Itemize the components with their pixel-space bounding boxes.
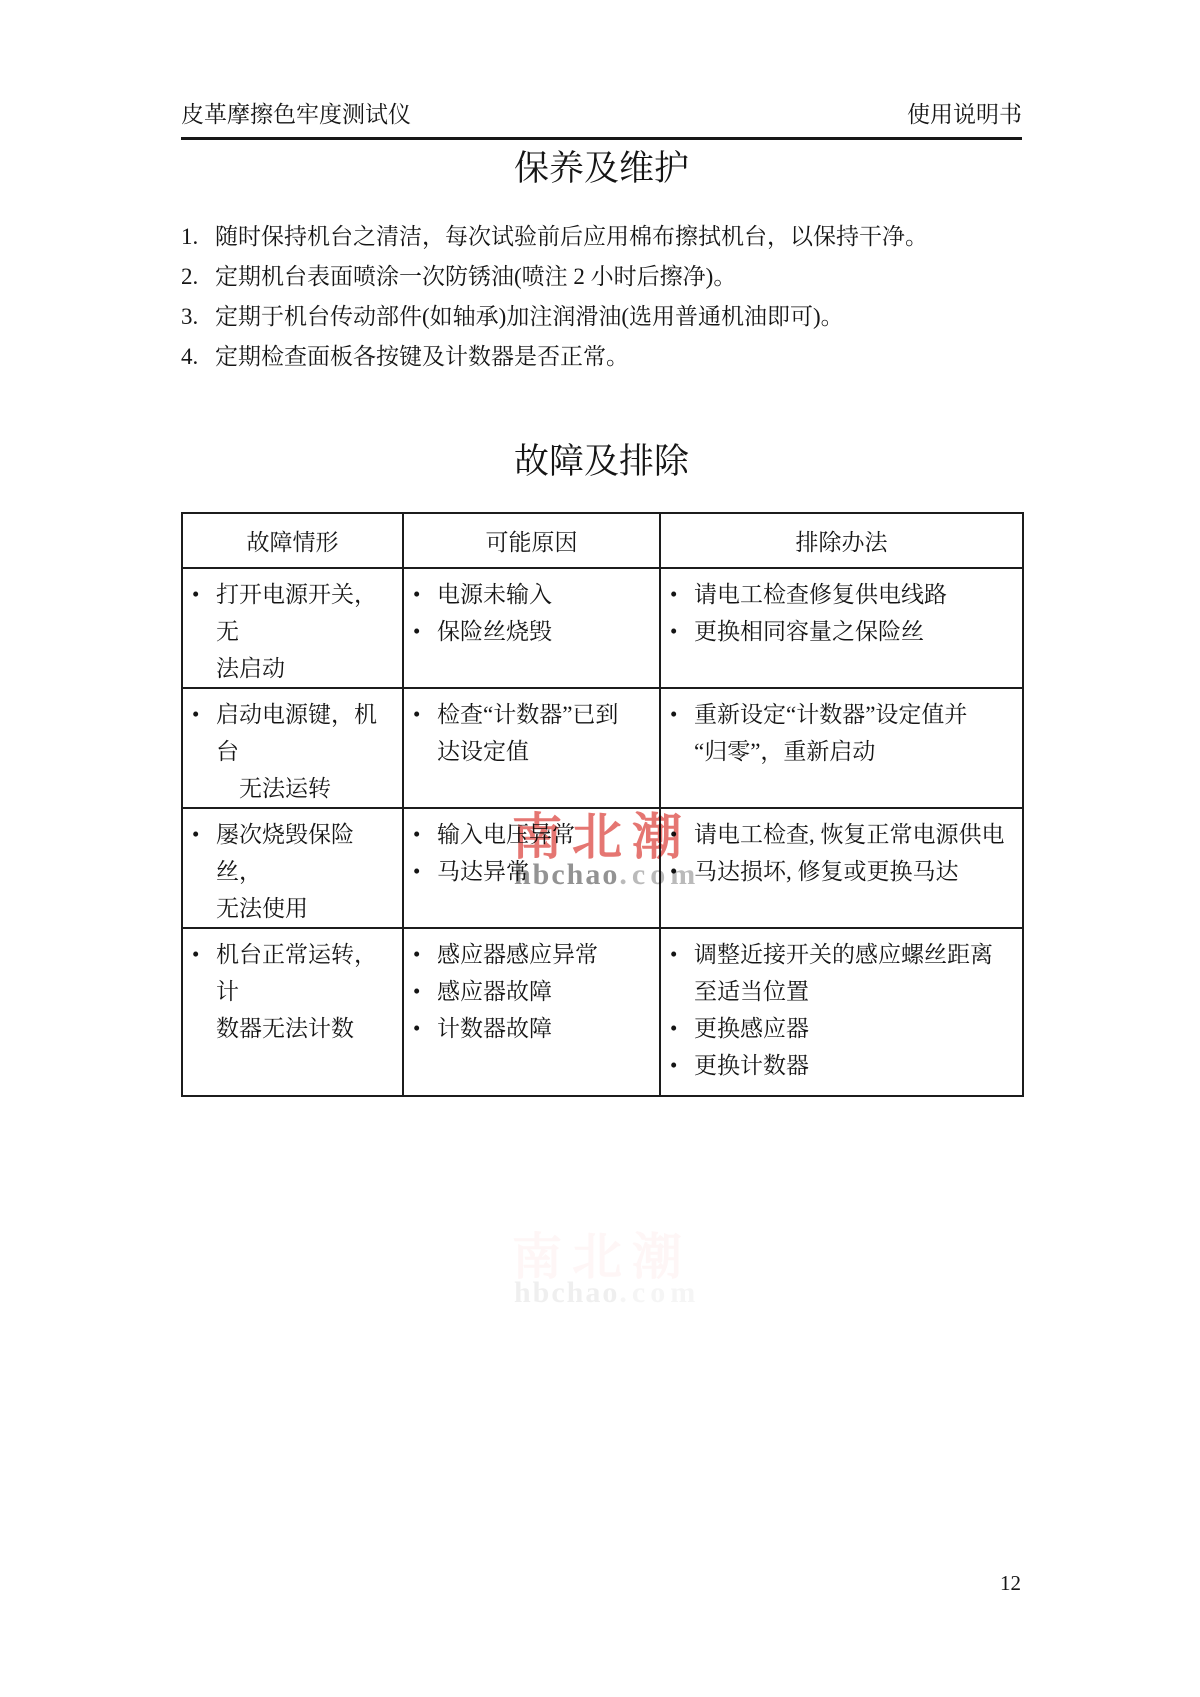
troubleshooting-title: 故障及排除 bbox=[181, 444, 1022, 479]
bullet-text: 输入电压异常 bbox=[437, 816, 654, 853]
bullet-icon: • bbox=[670, 1010, 694, 1047]
bullet-text: 机台正常运转，计数器无法计数 bbox=[216, 936, 397, 1047]
bullet-icon: • bbox=[413, 973, 437, 1010]
bullet-icon: • bbox=[670, 1047, 694, 1084]
symptom-cell: •打开电源开关，无法启动 bbox=[182, 568, 403, 688]
bullet-text: 电源未输入 bbox=[437, 576, 654, 613]
table-row: •启动电源键，机台 无法运转•检查“计数器”已到达设定值•重新设定“计数器”设定… bbox=[182, 688, 1023, 808]
text-line: 保险丝烧毁 bbox=[437, 613, 654, 650]
text-line: 无法运转 bbox=[216, 770, 397, 807]
bullet-item: •机台正常运转，计数器无法计数 bbox=[192, 936, 397, 1047]
column-header: 可能原因 bbox=[403, 513, 660, 568]
bullet-item: •请电工检查, 恢复正常电源供电 bbox=[670, 816, 1017, 853]
bullet-item: •感应器故障 bbox=[413, 973, 654, 1010]
text-line: 更换相同容量之保险丝 bbox=[694, 613, 1017, 650]
cause-cell: •检查“计数器”已到达设定值 bbox=[403, 688, 660, 808]
bullet-item: •保险丝烧毁 bbox=[413, 613, 654, 650]
column-header: 故障情形 bbox=[182, 513, 403, 568]
bullet-text: 调整近接开关的感应螺丝距离至适当位置 bbox=[694, 936, 1017, 1010]
cause-cell: •输入电压异常•马达异常 bbox=[403, 808, 660, 928]
list-number: 3. bbox=[181, 303, 215, 331]
bullet-text: 检查“计数器”已到达设定值 bbox=[437, 696, 654, 770]
bullet-text: 马达损坏, 修复或更换马达 bbox=[694, 853, 1017, 890]
maintenance-item: 3.定期于机台传动部件(如轴承)加注润滑油(选用普通机油即可)。 bbox=[181, 303, 1022, 331]
bullet-text: 更换计数器 bbox=[694, 1047, 1017, 1084]
bullet-icon: • bbox=[670, 816, 694, 853]
bullet-item: •感应器感应异常 bbox=[413, 936, 654, 973]
text-line: 重新设定“计数器”设定值并 bbox=[694, 696, 1017, 733]
bullet-icon: • bbox=[192, 696, 216, 807]
bullet-icon: • bbox=[413, 936, 437, 973]
symptom-cell: •机台正常运转，计数器无法计数 bbox=[182, 928, 403, 1096]
bullet-text: 启动电源键，机台 无法运转 bbox=[216, 696, 397, 807]
bullet-text: 屡次烧毁保险丝，无法使用 bbox=[216, 816, 397, 927]
cause-cell: •感应器感应异常•感应器故障•计数器故障 bbox=[403, 928, 660, 1096]
bullet-icon: • bbox=[670, 936, 694, 1010]
bullet-text: 保险丝烧毁 bbox=[437, 613, 654, 650]
bullet-item: •重新设定“计数器”设定值并“归零”，重新启动 bbox=[670, 696, 1017, 770]
header-product-name: 皮革摩擦色牢度测试仪 bbox=[181, 101, 411, 129]
text-line: “归零”，重新启动 bbox=[694, 733, 1017, 770]
remedy-cell: •请电工检查, 恢复正常电源供电•马达损坏, 修复或更换马达 bbox=[660, 808, 1023, 928]
bullet-icon: • bbox=[192, 816, 216, 927]
bullet-icon: • bbox=[192, 576, 216, 687]
bullet-icon: • bbox=[413, 696, 437, 770]
text-line: 检查“计数器”已到 bbox=[437, 696, 654, 733]
text-line: 更换计数器 bbox=[694, 1047, 1017, 1084]
watermark-domain-faint: hbchao.com bbox=[514, 1278, 700, 1308]
text-line: 马达异常 bbox=[437, 853, 654, 890]
bullet-item: •请电工检查修复供电线路 bbox=[670, 576, 1017, 613]
table-row: •屡次烧毁保险丝，无法使用•输入电压异常•马达异常•请电工检查, 恢复正常电源供… bbox=[182, 808, 1023, 928]
text-line: 启动电源键，机台 bbox=[216, 696, 397, 770]
bullet-item: •检查“计数器”已到达设定值 bbox=[413, 696, 654, 770]
symptom-cell: •屡次烧毁保险丝，无法使用 bbox=[182, 808, 403, 928]
remedy-cell: •调整近接开关的感应螺丝距离至适当位置•更换感应器•更换计数器 bbox=[660, 928, 1023, 1096]
list-text: 定期机台表面喷涂一次防锈油(喷注 2 小时后擦净)。 bbox=[215, 263, 736, 291]
table-row: •打开电源开关，无法启动•电源未输入•保险丝烧毁•请电工检查修复供电线路•更换相… bbox=[182, 568, 1023, 688]
table-row: •机台正常运转，计数器无法计数•感应器感应异常•感应器故障•计数器故障•调整近接… bbox=[182, 928, 1023, 1096]
text-line: 请电工检查, 恢复正常电源供电 bbox=[694, 816, 1017, 853]
bullet-text: 更换相同容量之保险丝 bbox=[694, 613, 1017, 650]
list-text: 定期检查面板各按键及计数器是否正常。 bbox=[215, 343, 629, 371]
bullet-icon: • bbox=[413, 1010, 437, 1047]
bullet-icon: • bbox=[413, 853, 437, 890]
bullet-icon: • bbox=[413, 816, 437, 853]
running-header: 皮革摩擦色牢度测试仪 使用说明书 bbox=[181, 101, 1022, 129]
symptom-cell: •启动电源键，机台 无法运转 bbox=[182, 688, 403, 808]
list-text: 定期于机台传动部件(如轴承)加注润滑油(选用普通机油即可)。 bbox=[215, 303, 844, 331]
text-line: 感应器感应异常 bbox=[437, 936, 654, 973]
bullet-icon: • bbox=[670, 613, 694, 650]
bullet-item: •计数器故障 bbox=[413, 1010, 654, 1047]
header-doc-type: 使用说明书 bbox=[907, 101, 1022, 129]
bullet-icon: • bbox=[670, 576, 694, 613]
text-line: 达设定值 bbox=[437, 733, 654, 770]
text-line: 法启动 bbox=[216, 650, 397, 687]
bullet-icon: • bbox=[670, 696, 694, 770]
bullet-icon: • bbox=[413, 613, 437, 650]
bullet-item: •更换相同容量之保险丝 bbox=[670, 613, 1017, 650]
list-number: 4. bbox=[181, 343, 215, 371]
bullet-item: •打开电源开关，无法启动 bbox=[192, 576, 397, 687]
remedy-cell: •请电工检查修复供电线路•更换相同容量之保险丝 bbox=[660, 568, 1023, 688]
text-line: 无法使用 bbox=[216, 890, 397, 927]
maintenance-list: 1.随时保持机台之清洁，每次试验前后应用棉布擦拭机台，以保持干净。2.定期机台表… bbox=[181, 223, 1022, 371]
watermark-domain-tld-faint: .com bbox=[619, 1276, 700, 1309]
maintenance-item: 2.定期机台表面喷涂一次防锈油(喷注 2 小时后擦净)。 bbox=[181, 263, 1022, 291]
bullet-item: •输入电压异常 bbox=[413, 816, 654, 853]
text-line: 请电工检查修复供电线路 bbox=[694, 576, 1017, 613]
text-line: 输入电压异常 bbox=[437, 816, 654, 853]
bullet-item: •电源未输入 bbox=[413, 576, 654, 613]
page-content: 皮革摩擦色牢度测试仪 使用说明书 保养及维护 1.随时保持机台之清洁，每次试验前… bbox=[181, 0, 1022, 1097]
text-line: 数器无法计数 bbox=[216, 1010, 397, 1047]
bullet-item: •马达损坏, 修复或更换马达 bbox=[670, 853, 1017, 890]
manual-page: 皮革摩擦色牢度测试仪 使用说明书 保养及维护 1.随时保持机台之清洁，每次试验前… bbox=[0, 0, 1200, 1697]
bullet-icon: • bbox=[413, 576, 437, 613]
header-rule bbox=[181, 137, 1022, 140]
bullet-text: 感应器故障 bbox=[437, 973, 654, 1010]
bullet-item: •更换感应器 bbox=[670, 1010, 1017, 1047]
text-line: 机台正常运转，计 bbox=[216, 936, 397, 1010]
maintenance-item: 4.定期检查面板各按键及计数器是否正常。 bbox=[181, 343, 1022, 371]
watermark-domain-name-faint: hbchao bbox=[514, 1276, 619, 1309]
text-line: 感应器故障 bbox=[437, 973, 654, 1010]
text-line: 屡次烧毁保险丝， bbox=[216, 816, 397, 890]
page-number: 12 bbox=[1000, 1571, 1021, 1596]
watermark-brand-faint: 南北潮 bbox=[512, 1232, 692, 1282]
table-header-row: 故障情形可能原因排除办法 bbox=[182, 513, 1023, 568]
maintenance-title: 保养及维护 bbox=[181, 151, 1022, 186]
text-line: 马达损坏, 修复或更换马达 bbox=[694, 853, 1017, 890]
bullet-text: 计数器故障 bbox=[437, 1010, 654, 1047]
cause-cell: •电源未输入•保险丝烧毁 bbox=[403, 568, 660, 688]
text-line: 更换感应器 bbox=[694, 1010, 1017, 1047]
list-number: 1. bbox=[181, 223, 215, 251]
bullet-item: •调整近接开关的感应螺丝距离至适当位置 bbox=[670, 936, 1017, 1010]
troubleshooting-table: 故障情形可能原因排除办法 •打开电源开关，无法启动•电源未输入•保险丝烧毁•请电… bbox=[181, 512, 1024, 1097]
column-header: 排除办法 bbox=[660, 513, 1023, 568]
list-number: 2. bbox=[181, 263, 215, 291]
text-line: 打开电源开关，无 bbox=[216, 576, 397, 650]
bullet-text: 感应器感应异常 bbox=[437, 936, 654, 973]
bullet-icon: • bbox=[192, 936, 216, 1047]
bullet-item: •启动电源键，机台 无法运转 bbox=[192, 696, 397, 807]
bullet-icon: • bbox=[670, 853, 694, 890]
bullet-text: 打开电源开关，无法启动 bbox=[216, 576, 397, 687]
text-line: 至适当位置 bbox=[694, 973, 1017, 1010]
text-line: 计数器故障 bbox=[437, 1010, 654, 1047]
remedy-cell: •重新设定“计数器”设定值并“归零”，重新启动 bbox=[660, 688, 1023, 808]
bullet-item: •马达异常 bbox=[413, 853, 654, 890]
maintenance-item: 1.随时保持机台之清洁，每次试验前后应用棉布擦拭机台，以保持干净。 bbox=[181, 223, 1022, 251]
bullet-text: 重新设定“计数器”设定值并“归零”，重新启动 bbox=[694, 696, 1017, 770]
bullet-item: •更换计数器 bbox=[670, 1047, 1017, 1084]
bullet-text: 请电工检查修复供电线路 bbox=[694, 576, 1017, 613]
bullet-text: 马达异常 bbox=[437, 853, 654, 890]
bullet-text: 更换感应器 bbox=[694, 1010, 1017, 1047]
bullet-text: 请电工检查, 恢复正常电源供电 bbox=[694, 816, 1017, 853]
text-line: 调整近接开关的感应螺丝距离 bbox=[694, 936, 1017, 973]
text-line: 电源未输入 bbox=[437, 576, 654, 613]
bullet-item: •屡次烧毁保险丝，无法使用 bbox=[192, 816, 397, 927]
list-text: 随时保持机台之清洁，每次试验前后应用棉布擦拭机台，以保持干净。 bbox=[215, 223, 928, 251]
